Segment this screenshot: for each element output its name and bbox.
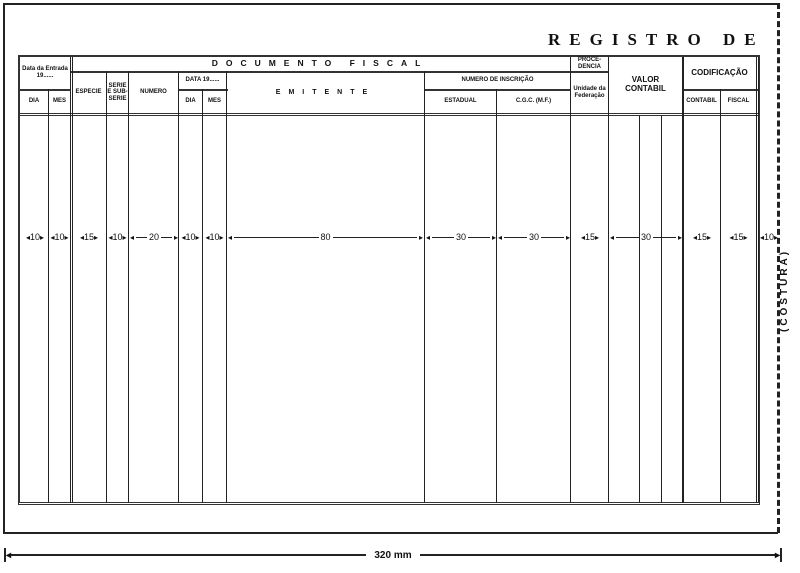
width-marker: ◂80▸ (228, 231, 423, 243)
col-line (639, 115, 640, 503)
col-line (48, 89, 49, 503)
col-line (496, 89, 497, 503)
total-width-dimension: ◂ 320 mm ▸ (4, 548, 782, 562)
header-entry-month: MES (49, 90, 70, 113)
col-line (70, 57, 73, 503)
header-contabil: CONTABIL (683, 90, 720, 113)
col-line (661, 115, 662, 503)
header-serie: SERIE E SUB-SERIE (107, 72, 128, 113)
header-fiscal: FISCAL (721, 90, 756, 113)
seam-label: (COSTURA) (779, 230, 799, 350)
header-emitente: EMITENTE (227, 72, 424, 113)
page-border-left (3, 3, 5, 533)
header-procedencia: PROCE-DENCIA (571, 57, 608, 71)
header-registration-number: NUMERO DE INSCRIÇÃO (425, 72, 570, 89)
header-numero: NUMERO (129, 72, 178, 113)
page-border-bottom (3, 532, 778, 534)
header-valor-contabil: VALOR CONTABIL (609, 57, 682, 113)
header-doc-month: MES (203, 90, 226, 113)
width-marker: ◂30▸ (426, 231, 496, 243)
width-marker: ◂30▸ (498, 231, 570, 243)
col-line (106, 71, 107, 503)
header-unidade-federacao: Unidade da Federação (571, 72, 608, 113)
width-marker: ◂20▸ (130, 231, 178, 243)
col-line (128, 71, 129, 503)
width-marker: ◂15▸ (684, 231, 720, 243)
page-border-top (3, 3, 778, 5)
header-estadual: ESTADUAL (425, 90, 496, 113)
col-line (570, 57, 571, 503)
width-marker: ◂15▸ (721, 231, 756, 243)
header-fiscal-document: DOCUMENTO FISCAL (70, 57, 570, 71)
width-marker: ◂10▸ (49, 231, 70, 243)
width-marker: ◂10▸ (179, 231, 202, 243)
width-marker: ◂30▸ (610, 231, 682, 243)
header-bottom-rule (20, 113, 758, 116)
header-cgc: C.G.C. (M.F.) (497, 90, 570, 113)
page-title: REGISTRO DE (548, 30, 765, 50)
width-marker: ◂15▸ (572, 231, 608, 243)
header-entry-date: Data da Entrada 19...... (20, 57, 70, 89)
col-line (608, 57, 609, 503)
width-marker: ◂10▸ (203, 231, 226, 243)
col-line (178, 71, 179, 503)
col-line (424, 71, 425, 503)
register-table: Data da Entrada 19...... DIA MES DOCUMEN… (18, 55, 760, 505)
header-especie: ESPECIE (71, 72, 106, 113)
col-line (756, 57, 759, 503)
col-line (720, 89, 721, 503)
width-marker: ◂10▸ (759, 231, 779, 243)
width-marker: ◂10▸ (22, 231, 48, 243)
col-line (682, 57, 684, 503)
width-marker: ◂10▸ (107, 231, 128, 243)
header-codificacao: CODIFICAÇÃO (683, 57, 756, 89)
col-line (226, 71, 227, 503)
header-doc-date: DATA 19...... (179, 72, 226, 89)
header-entry-day: DIA (20, 90, 48, 113)
header-doc-day: DIA (179, 90, 202, 113)
width-marker: ◂15▸ (72, 231, 106, 243)
total-width-label: 320 mm (366, 550, 419, 561)
col-line (202, 89, 203, 503)
